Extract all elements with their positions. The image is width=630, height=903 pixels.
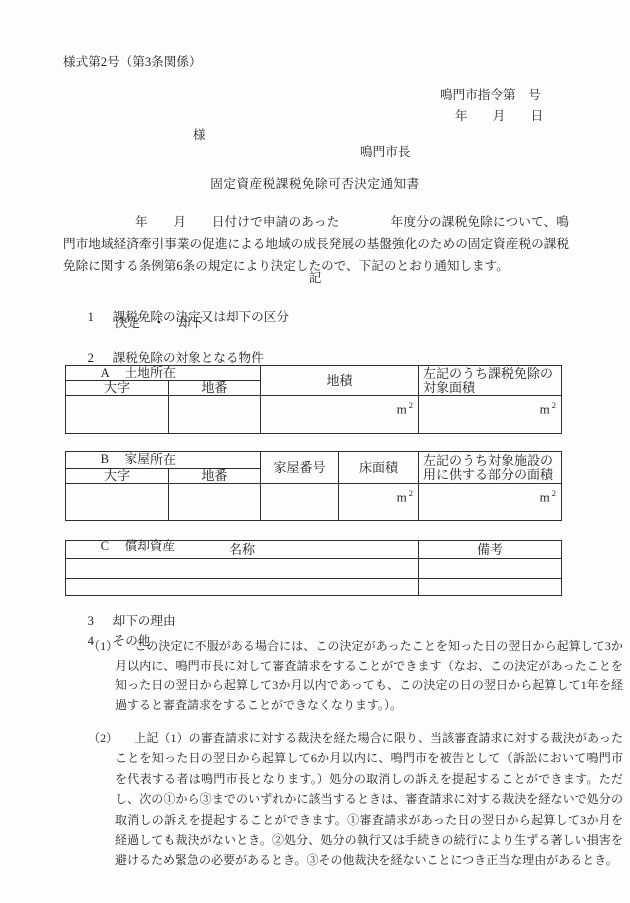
clause-1-text: この決定に不服がある場合には、この決定があったことを知った日の翌日から起算して3… <box>115 639 623 712</box>
form-number: 様式第2号（第3条関係） <box>63 55 202 70</box>
land-location-header: 所在 <box>66 366 261 381</box>
section-1-number: 1 <box>88 310 113 325</box>
building-floor-area-header: 床面積 <box>339 452 419 484</box>
building-location-header: 所在 <box>66 452 261 469</box>
land-table: 所在 地積 左記のうち課税免除の対象面積 大字 地番 m2 m2 <box>65 365 562 434</box>
depreciable-remarks-header: 備考 <box>419 541 562 559</box>
building-floor-unit: m <box>397 489 407 504</box>
sender-title: 鳴門市長 <box>360 145 410 160</box>
land-exempt-unit: m <box>540 401 550 416</box>
depreciable-name-header: 名称 <box>66 541 419 559</box>
land-area-value-cell: m2 <box>261 396 419 434</box>
recipient-honorific: 様 <box>193 128 206 143</box>
land-area-header: 地積 <box>261 366 419 396</box>
building-chiban-header: 地番 <box>169 469 261 484</box>
land-exempt-unit-sup: 2 <box>552 400 556 410</box>
clause-2-label: （2） <box>88 731 118 745</box>
depreciable-name-value-cell-2 <box>66 579 419 596</box>
building-use-unit: m <box>540 489 550 504</box>
document-title: 固定資産税課税免除可否決定通知書 <box>0 177 630 192</box>
building-floor-unit-sup: 2 <box>409 488 413 498</box>
document-page: 様式第2号（第3条関係） 鳴門市指令第 号 年 月 日 様 鳴門市長 固定資産税… <box>0 0 630 903</box>
building-house-no-value-cell <box>261 484 339 521</box>
depreciable-remarks-value-cell-1 <box>419 559 562 579</box>
land-area-unit-sup: 2 <box>409 400 413 410</box>
depreciable-table: 名称 備考 <box>65 540 562 596</box>
land-exempt-area-value-cell: m2 <box>419 396 562 434</box>
building-use-area-value-cell: m2 <box>419 484 562 521</box>
body-paragraph: 年 月 日付けで申請のあった 年度分の課税免除について、鳴門市地域経済牽引事業の… <box>63 211 569 277</box>
clause-1: （1）この決定に不服がある場合には、この決定があったことを知った日の翌日から起算… <box>63 637 623 715</box>
land-exempt-area-header: 左記のうち課税免除の対象面積 <box>419 366 562 396</box>
depreciable-remarks-value-cell-2 <box>419 579 562 596</box>
clause-2: （2）上記（1）の審査請求に対する裁決を経た場合に限り、当該審査請求に対する裁決… <box>63 728 623 871</box>
building-floor-area-value-cell: m2 <box>339 484 419 521</box>
building-oaza-value-cell <box>66 484 169 521</box>
building-oaza-header: 大字 <box>66 469 169 484</box>
clause-2-text: 上記（1）の審査請求に対する裁決を経た場合に限り、当該審査請求に対する裁決があっ… <box>115 731 623 867</box>
building-use-unit-sup: 2 <box>552 488 556 498</box>
land-area-unit: m <box>397 401 407 416</box>
building-use-area-header: 左記のうち対象施設の用に供する部分の面積 <box>419 452 562 484</box>
land-chiban-value-cell <box>169 396 261 434</box>
land-oaza-value-cell <box>66 396 169 434</box>
depreciable-name-value-cell-1 <box>66 559 419 579</box>
building-chiban-value-cell <box>169 484 261 521</box>
issue-date-line: 年 月 日 <box>455 109 543 124</box>
land-oaza-header: 大字 <box>66 381 169 396</box>
land-chiban-header: 地番 <box>169 381 261 396</box>
building-table: 所在 家屋番号 床面積 左記のうち対象施設の用に供する部分の面積 大字 地番 m… <box>65 451 562 521</box>
directive-number: 鳴門市指令第 号 <box>440 88 541 103</box>
clause-1-label: （1） <box>88 639 118 653</box>
record-marker: 記 <box>0 271 630 286</box>
building-house-no-header: 家屋番号 <box>261 452 339 484</box>
decision-options: 決定 ・ 却下 <box>115 316 203 331</box>
